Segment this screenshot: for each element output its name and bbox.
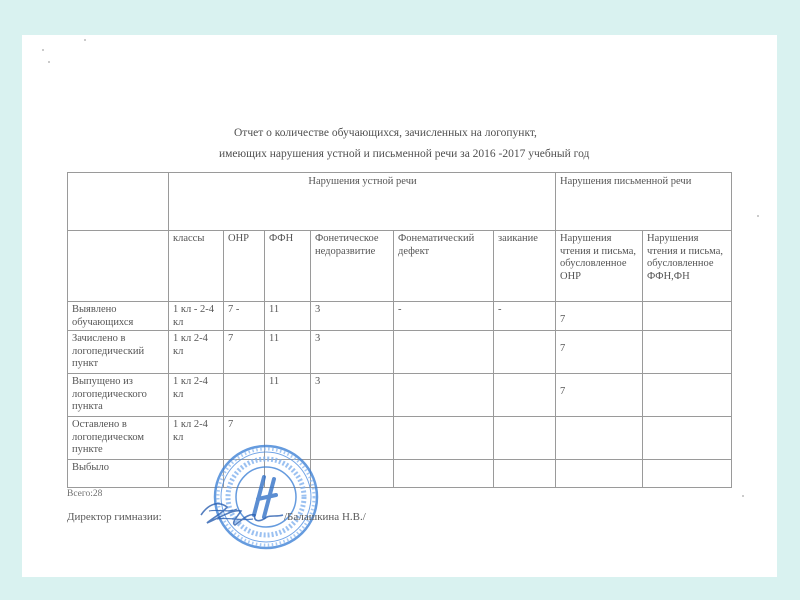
cell-reading-writing-onr: 7 — [556, 302, 643, 331]
cell-phonemic — [394, 460, 494, 488]
report-table: Нарушения устной речи Нарушения письменн… — [67, 172, 732, 488]
cell-reading-writing-ffn — [643, 374, 732, 417]
table-row-enrolled: Зачислено в логопедический пункт 1 кл 2-… — [68, 331, 732, 374]
cell-ffn: 11 — [265, 374, 311, 417]
cell-phonetic — [311, 460, 394, 488]
column-header-stuttering: заикание — [494, 231, 556, 302]
row-label: Выявлено обучающихся — [68, 302, 169, 331]
table-row-dropped-out: Выбыло — [68, 460, 732, 488]
cell-reading-writing-onr: 7 — [556, 374, 643, 417]
cell-onr: 7 - — [224, 302, 265, 331]
director-name: /Балашкина Н.В./ — [284, 511, 366, 523]
report-title-line-2: имеющих нарушения устной и письменной ре… — [219, 148, 589, 160]
table-row-identified: Выявлено обучающихся 1 кл - 2-4 кл 7 - 1… — [68, 302, 732, 331]
column-header-row: классы ОНР ФФН Фонетическое недоразвитие… — [68, 231, 732, 302]
cell-phonetic: 3 — [311, 331, 394, 374]
cell-classes: 1 кл 2-4 кл — [169, 374, 224, 417]
scan-speck — [42, 49, 44, 51]
cell-classes: 1 кл 2-4 кл — [169, 331, 224, 374]
cell-onr: 7 — [224, 331, 265, 374]
column-header-onr: ОНР — [224, 231, 265, 302]
scan-speck — [84, 39, 86, 41]
cell-onr — [224, 374, 265, 417]
cell-phonemic — [394, 374, 494, 417]
column-header-phonetic: Фонетическое недоразвитие — [311, 231, 394, 302]
cell-phonemic — [394, 331, 494, 374]
cell-ffn: 11 — [265, 302, 311, 331]
cell-phonetic: 3 — [311, 374, 394, 417]
cell-classes: 1 кл - 2-4 кл — [169, 302, 224, 331]
oral-speech-group-header: Нарушения устной речи — [169, 173, 556, 231]
group-header-row: Нарушения устной речи Нарушения письменн… — [68, 173, 732, 231]
written-speech-group-header: Нарушения письменной речи — [556, 173, 732, 231]
row-label: Выбыло — [68, 460, 169, 488]
cell-stuttering: - — [494, 302, 556, 331]
cell-stuttering — [494, 417, 556, 460]
scan-speck — [48, 61, 50, 63]
cell-stuttering — [494, 331, 556, 374]
cell-phonemic — [394, 417, 494, 460]
cell-reading-writing-ffn — [643, 460, 732, 488]
cell-reading-writing-ffn — [643, 417, 732, 460]
table-row-released: Выпущено из логопедического пункта 1 кл … — [68, 374, 732, 417]
corner-cell — [68, 173, 169, 231]
cell-reading-writing-onr — [556, 460, 643, 488]
column-header-reading-writing-onr: Нарушения чтения и письма, обусловленное… — [556, 231, 643, 302]
cell-reading-writing-onr — [556, 417, 643, 460]
column-header-ffn: ФФН — [265, 231, 311, 302]
row-label: Выпущено из логопедического пункта — [68, 374, 169, 417]
cell-reading-writing-ffn — [643, 302, 732, 331]
total-count: Всего:28 — [67, 489, 102, 499]
cell-stuttering — [494, 460, 556, 488]
cell-stuttering — [494, 374, 556, 417]
table-row-remained: Оставлено в логопедическом пункте 1 кл 2… — [68, 417, 732, 460]
column-header-classes: классы — [169, 231, 224, 302]
cell-reading-writing-ffn — [643, 331, 732, 374]
scanned-document-page: Отчет о количестве обучающихся, зачислен… — [22, 35, 777, 577]
scan-speck — [742, 495, 744, 497]
column-header-phonemic: Фонематический дефект — [394, 231, 494, 302]
cell-reading-writing-onr: 7 — [556, 331, 643, 374]
cell-phonetic: 3 — [311, 302, 394, 331]
report-title-line-1: Отчет о количестве обучающихся, зачислен… — [234, 127, 537, 139]
director-label: Директор гимназии: — [67, 511, 162, 523]
row-label-header-cell — [68, 231, 169, 302]
row-label: Оставлено в логопедическом пункте — [68, 417, 169, 460]
cell-phonemic: - — [394, 302, 494, 331]
row-label: Зачислено в логопедический пункт — [68, 331, 169, 374]
cell-ffn: 11 — [265, 331, 311, 374]
scan-speck — [757, 215, 759, 217]
column-header-reading-writing-ffn: Нарушения чтения и письма, обусловленное… — [643, 231, 732, 302]
signature-icon — [197, 493, 287, 533]
cell-phonetic — [311, 417, 394, 460]
